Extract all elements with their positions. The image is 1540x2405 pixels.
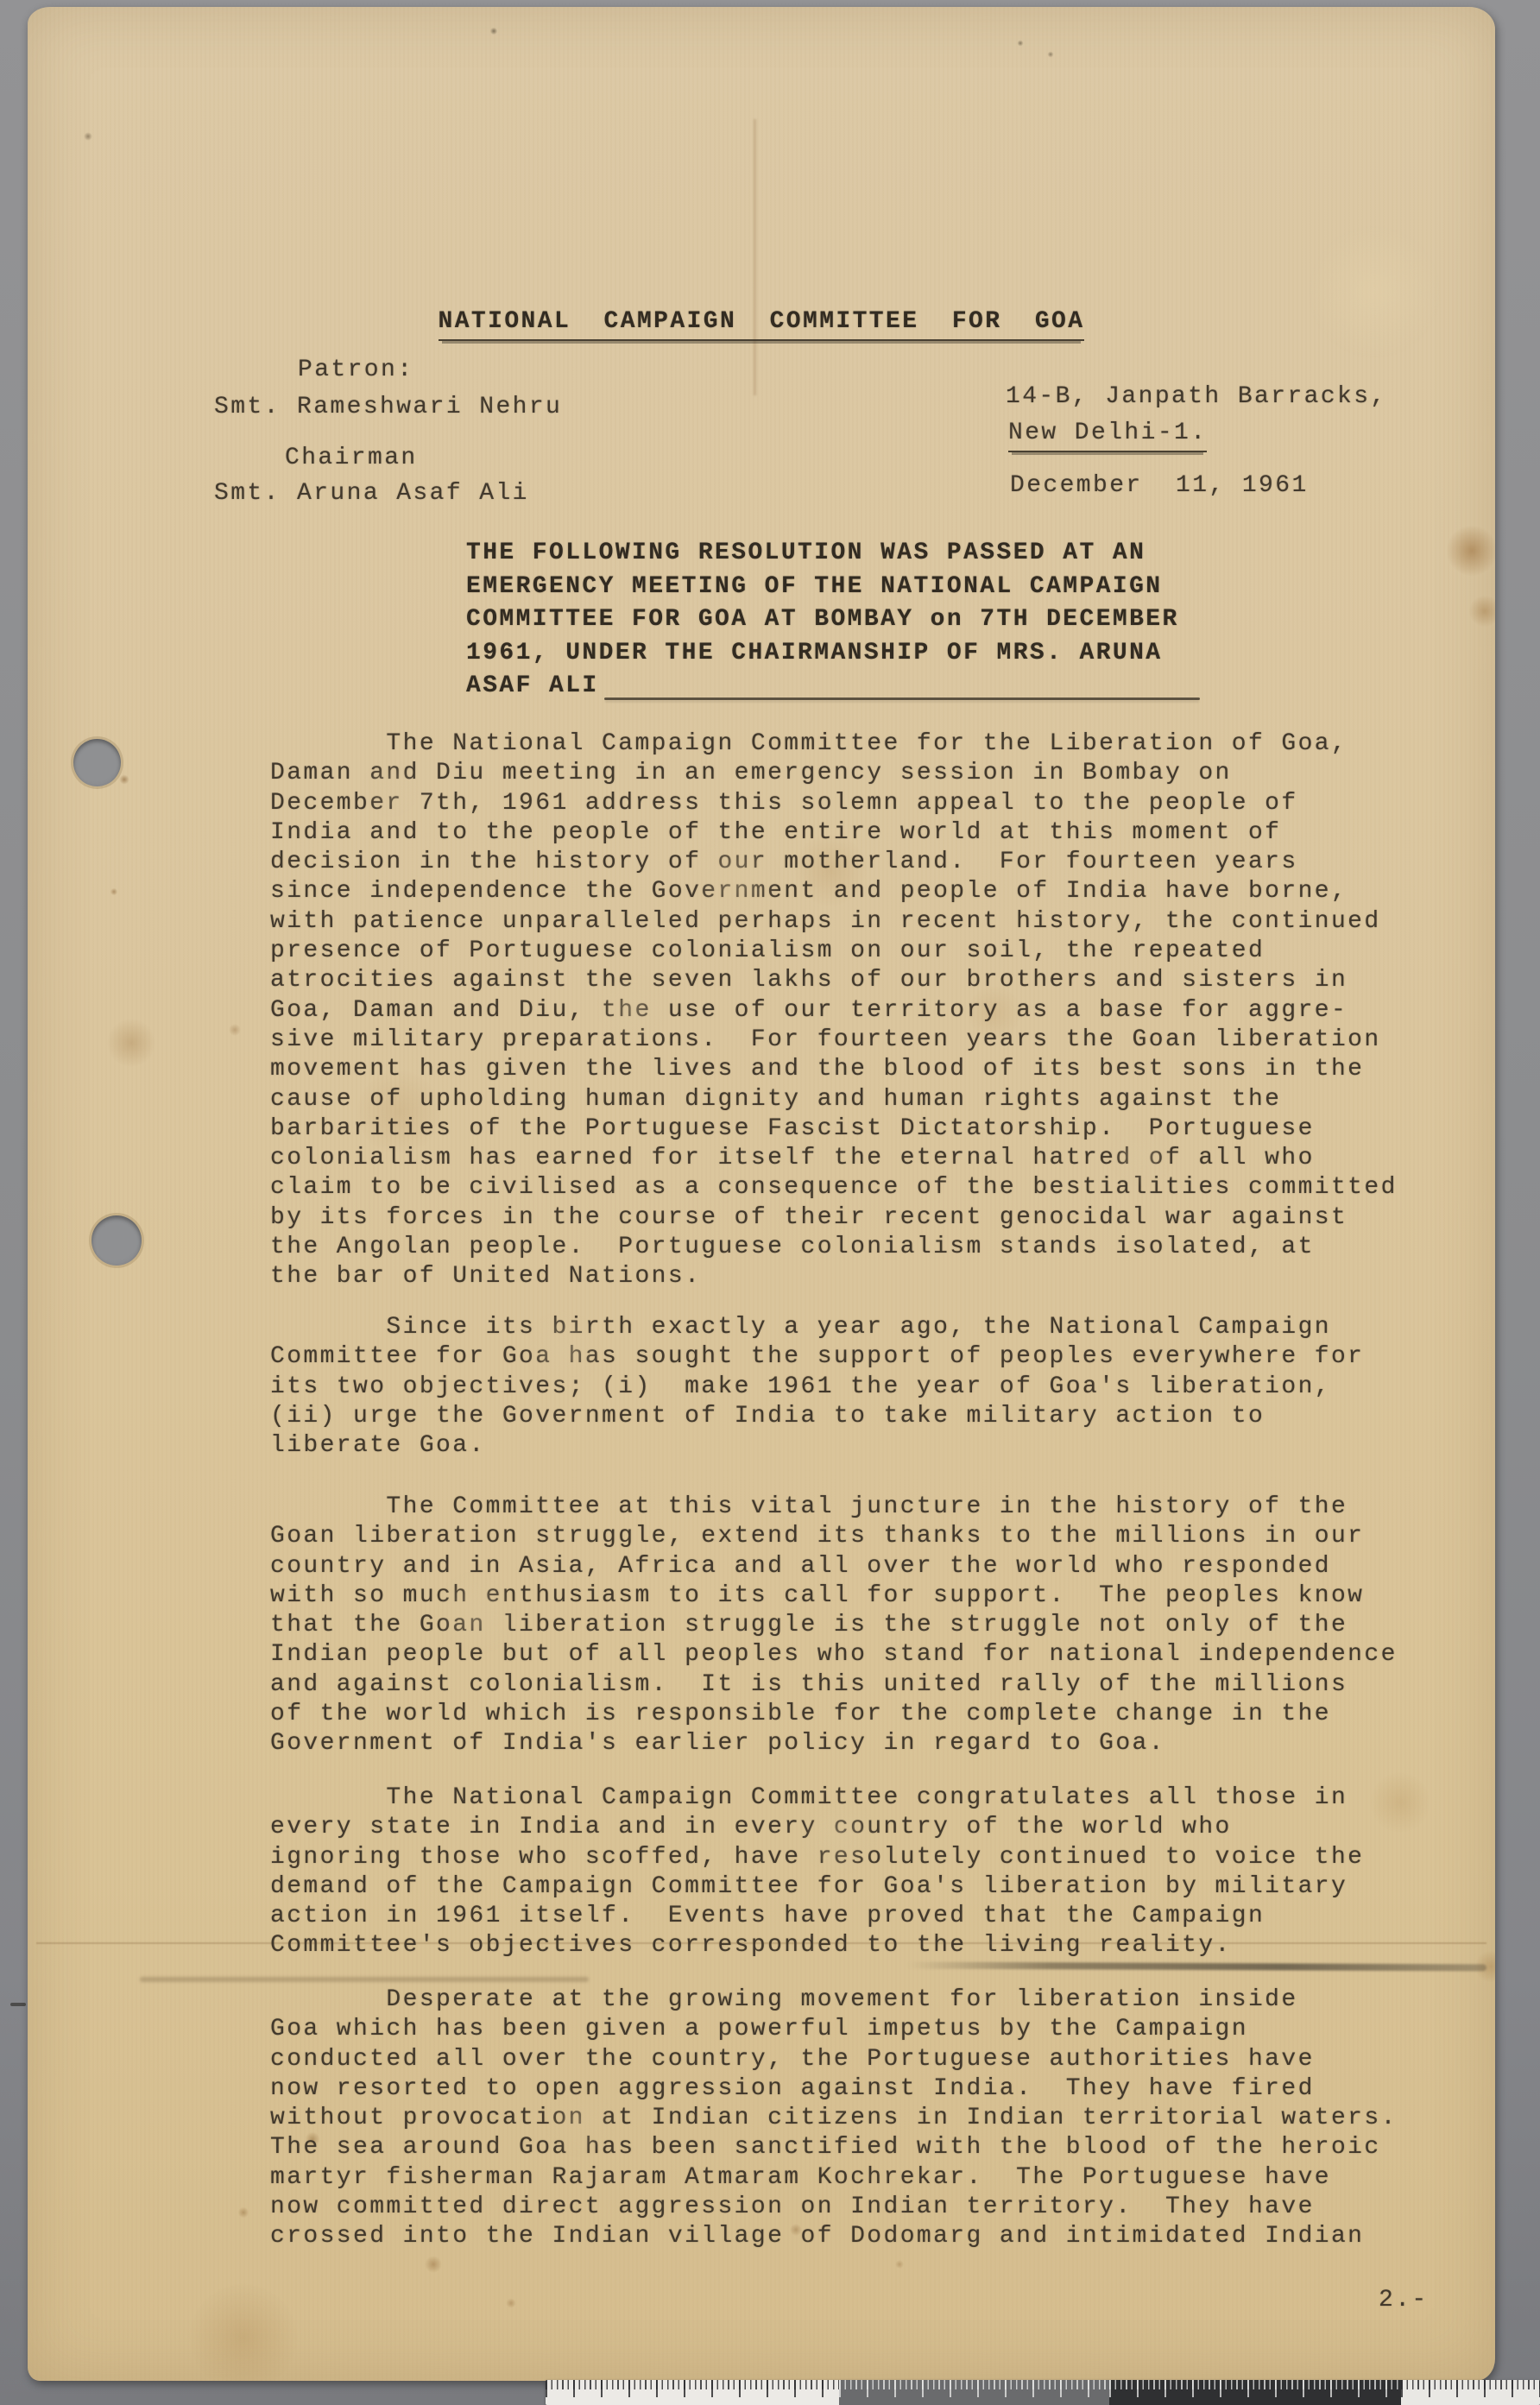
punch-hole (73, 739, 121, 786)
ruler-segment-black (1109, 2380, 1401, 2405)
paragraph-3: The Committee at this vital juncture in … (270, 1493, 1398, 1759)
date-line: December 11, 1961 (1010, 471, 1309, 501)
address-line-1: 14-B, Janpath Barracks, (1006, 382, 1387, 412)
address-line-2: New Delhi-1. (1008, 419, 1207, 448)
photo-scale-ruler (546, 2380, 1540, 2405)
page-number: 2.- (1379, 2286, 1429, 2315)
paragraph-5: Desperate at the growing movement for li… (270, 1985, 1398, 2252)
resolution-heading: THE FOLLOWING RESOLUTION WAS PASSED AT A… (466, 537, 1179, 704)
dirt-smear (906, 1962, 1486, 1972)
ruler-segment-gray (839, 2380, 1109, 2405)
paragraph-4: The National Campaign Committee congratu… (270, 1783, 1364, 1961)
address-line-2-text: New Delhi-1. (1008, 420, 1207, 452)
heading-underline (604, 698, 1200, 700)
document-scan: NATIONAL CAMPAIGN COMMITTEE FOR GOA Patr… (0, 0, 1540, 2405)
chairman-label: Chairman (285, 444, 418, 473)
dirt-smear (140, 1977, 589, 1982)
patron-label: Patron: (298, 356, 413, 385)
patron-name: Smt. Rameshwari Nehru (214, 393, 562, 422)
punch-hole (92, 1215, 142, 1266)
background-dust-mark (10, 2003, 26, 2006)
paper-sheet: NATIONAL CAMPAIGN COMMITTEE FOR GOA Patr… (28, 7, 1495, 2381)
crease-mark (754, 119, 756, 395)
paragraph-1: The National Campaign Committee for the … (270, 729, 1398, 1292)
chairman-name: Smt. Aruna Asaf Ali (214, 479, 529, 508)
ruler-segment-white (1401, 2380, 1540, 2405)
paragraph-2: Since its birth exactly a year ago, the … (270, 1313, 1364, 1461)
page-title-text: NATIONAL CAMPAIGN COMMITTEE FOR GOA (439, 308, 1085, 341)
ruler-segment-white (546, 2380, 839, 2405)
page-title: NATIONAL CAMPAIGN COMMITTEE FOR GOA (28, 307, 1495, 337)
